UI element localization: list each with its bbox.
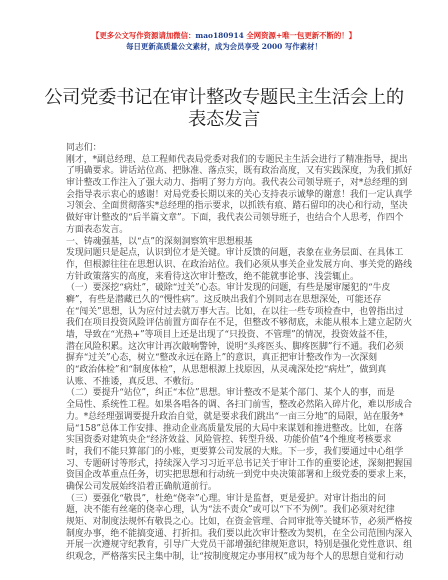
body-line: 发现问题只是起点，认识到位才是关键。审计反馈的问题，表象在业务层面、在具体工: [66, 248, 396, 260]
body-line: 实国资委对建筑央企“经济效益、风险管控、转型升级、功能价值”4个维度考核要求: [66, 435, 396, 447]
document-title-line-1: 公司党委书记在审计整改专题民主生活会上的: [0, 87, 448, 109]
body-line: 织观念，严格落实民主集中制，让“按制度规定办事用权”成为每个人的思想自觉和行动: [66, 552, 396, 564]
body-line: 作，但根源往往在思想认识、在政治站位。我们必须从事关企业发展方向、事关党的路线: [66, 260, 396, 272]
body-line: 全局性、系统性工程。如果各唱各的调、各扫门前雪，整改必然陷入碎片化，难以形成合: [66, 400, 396, 412]
body-line: 的“政治体检”和“制度体检”，从思想根源上找原因，从灵魂深处挖“病灶”，做到真: [66, 365, 396, 377]
promo-line-1-suffix: 全网资源+唯一包更新不断的！】: [244, 31, 356, 40]
body-line: 方面表态发言。: [66, 225, 396, 237]
document-title-line-2: 表态发言: [0, 109, 448, 131]
body-line: 认账、不推诿，真反思、不敷衍。: [66, 377, 396, 389]
body-line: 制度办事，绝不能搞变通、打折扣。我们要以此次审计整改为契机，在全公司范围内深入: [66, 529, 396, 541]
body-line: 潜在风险积累。这次审计再次敲响警钟，说明“头疼医头、脚疼医脚”行不通。我们必须: [66, 342, 396, 354]
body-line: 规矩、对制度法规怀有敬畏之心。比如，在资金管理、合同审批等关键环节，必须严格按: [66, 517, 396, 529]
body-line: 一、铸魂强基，以“点”的深刻洞察筑牢思想根基: [66, 237, 396, 249]
document-body: 同志们：刚才，*副总经理、总工程师代表局党委对我们的专题民主生活会进行了精准指导…: [66, 143, 396, 564]
body-line: （二）要提升“站位”，纠正“本位”思想。审计整改不是某个部门、某个人的事，而是: [66, 388, 396, 400]
body-line: 墙，导致在“光热+”等项目上还是出现了“只投资、不管理”的情况，投资效益不佳，: [66, 330, 396, 342]
body-line: 会指导表示衷心的感谢！对局党委长期以来的关心支持表示诚挚的谢意！我们一定认真学: [66, 190, 396, 202]
promo-wechat-id: mao180914: [195, 31, 243, 40]
body-line: （三）要强化“敬畏”，杜绝“侥幸”心理。审计是监督，更是爱护。对审计指出的问: [66, 494, 396, 506]
body-line: 做好审计整改的“后半篇文章”。下面，我代表公司领导班子，也结合个人思考，作四个: [66, 213, 396, 225]
body-line: 在“闯关”思想，认为应付过去就万事大吉。比如，在以往一些专项检查中，也曾指出过: [66, 307, 396, 319]
promo-line-1-prefix: 【更多公文写作资源请加微信：: [92, 31, 195, 40]
body-line: 时，我们不能只算部门的小账，更要算公司发展的大账。下一步，我们要通过中心组学: [66, 447, 396, 459]
body-line: 确保公司发展始终沿着正确航道前行。: [66, 482, 396, 494]
body-line: 癣”，有些是潜藏已久的“慢性病”。这反映出我们个别同志在思想深处，可能还存: [66, 295, 396, 307]
body-line: 习、专题研讨等形式，持续深入学习习近平总书记关于审计工作的重要论述，深刻把握国: [66, 459, 396, 471]
body-line: 刚才，*副总经理、总工程师代表局党委对我们的专题民主生活会进行了精准指导，提出: [66, 155, 396, 167]
body-line: 习领会、全面贯彻落实*总经理的指示要求，以抓铁有痕、踏石留印的决心和行动，坚决: [66, 201, 396, 213]
body-line: 开展一次遵规守纪教育，引导广大党员干部增强纪律规矩意识，特别是强化党性意识、组: [66, 540, 396, 552]
body-line: 局“158”总体工作安排、推动企业高质量发展的大局中来谋划和推进整改。比如，在落: [66, 424, 396, 436]
body-line: 了明确要求。讲话站位高、把脉准、落点实，既有政治高度，又有实践深度，为我们抓好: [66, 166, 396, 178]
body-line: （一）要深挖“病灶”，破除“过关”心态。审计发现的问题，有些是屡审屡犯的“牛皮: [66, 283, 396, 295]
body-line: 资国企改革重点任务，切实把思想和行动统一到党中央决策部署和上级党委的要求上来，: [66, 470, 396, 482]
body-line: 力。*总经理强调要提升政治自觉，就是要求我们跳出“一亩三分地”的局限，站在服务*: [66, 412, 396, 424]
body-line: 审计整改工作注入了强大动力、指明了努力方向。我代表公司领导班子，对*总经理的到: [66, 178, 396, 190]
body-line: 题，决不能有丝毫的侥幸心理，认为“法不责众”或可以“下不为例”。我们必须对纪律: [66, 505, 396, 517]
body-line: 同志们：: [66, 143, 396, 155]
promo-line-1: 【更多公文写作资源请加微信：mao180914 全网资源+唯一包更新不断的！】: [0, 30, 448, 41]
promo-line-2: 每日更新高质量公文素材，成为会员享受 2000 写作素材！: [0, 41, 448, 52]
body-line: 摒弃“过关”心态，树立“整改永远在路上”的意识，真正把审计整改作为一次深刻: [66, 353, 396, 365]
body-line: 方针政策落实的高度，来看待这次审计整改，绝不能就事论事、浅尝辄止。: [66, 272, 396, 284]
body-line: 我们在项目投资风险评估前置方面存在不足，但整改不够彻底，未能从根本上建立起防火: [66, 318, 396, 330]
